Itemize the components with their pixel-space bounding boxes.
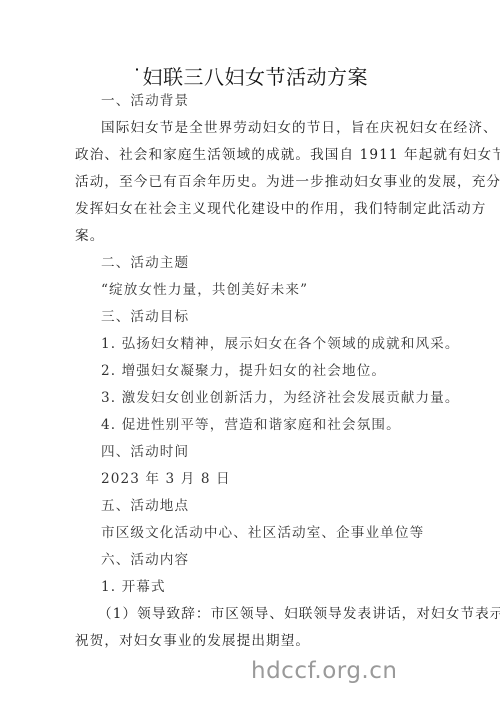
document-page: ˙妇联三八妇女节活动方案 一、活动背景 国际妇女节是全世界劳动妇女的节日，旨在庆… <box>0 0 500 707</box>
theme-slogan: “绽放女性力量，共创美好未来” <box>101 282 308 298</box>
paragraph-line: 国际妇女节是全世界劳动妇女的节日，旨在庆祝妇女在经济、 <box>101 120 498 136</box>
paragraph-line: 政治、社会和家庭生活领域的成就。我国自 1911 年起就有妇女节的 <box>75 147 500 163</box>
subheading-opening: 1. 开幕式 <box>101 579 166 595</box>
paragraph-line: 案。 <box>75 228 104 244</box>
section-heading-location: 五、活动地点 <box>101 498 189 514</box>
paragraph-line: 祝贺，对妇女事业的发展提出期望。 <box>75 633 310 649</box>
paragraph-line: 发挥妇女在社会主义现代化建设中的作用，我们特制定此活动方 <box>75 201 486 217</box>
goal-item: 3. 激发妇女创业创新活力，为经济社会发展贡献力量。 <box>101 390 460 406</box>
paragraph-line: （1）领导致辞：市区领导、妇联领导发表讲话，对妇女节表示 <box>98 606 500 622</box>
section-heading-time: 四、活动时间 <box>101 444 189 460</box>
document-title: ˙妇联三八妇女节活动方案 <box>0 61 500 90</box>
watermark: hdccf.org.cn <box>251 658 397 684</box>
section-heading-theme: 二、活动主题 <box>101 255 189 271</box>
goal-item: 4. 促进性别平等，营造和谐家庭和社会氛围。 <box>101 417 401 433</box>
section-heading-background: 一、活动背景 <box>101 93 189 109</box>
section-heading-goals: 三、活动目标 <box>101 309 189 325</box>
goal-item: 1. 弘扬妇女精神，展示妇女在各个领域的成就和风采。 <box>101 336 460 352</box>
activity-date: 2023 年 3 月 8 日 <box>101 471 231 487</box>
section-heading-content: 六、活动内容 <box>101 552 189 568</box>
paragraph-line: 活动，至今已有百余年历史。为进一步推动妇女事业的发展，充分 <box>75 174 500 190</box>
activity-location: 市区级文化活动中心、社区活动室、企事业单位等 <box>101 525 424 541</box>
goal-item: 2. 增强妇女凝聚力，提升妇女的社会地位。 <box>101 363 386 379</box>
